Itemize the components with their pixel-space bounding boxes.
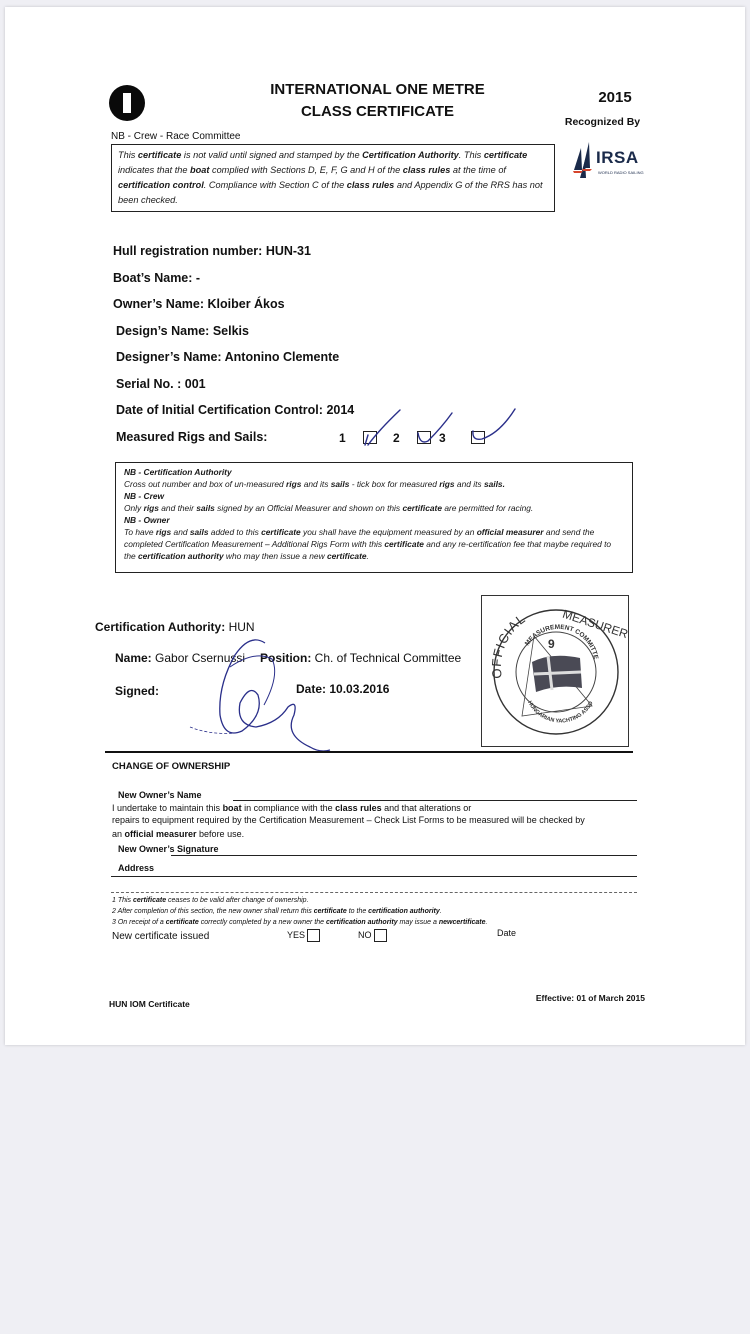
initial-certification-date-value: 2014: [326, 403, 354, 417]
new-owner-signature-label: New Owner’s Signature: [118, 844, 219, 854]
ca-value: HUN: [229, 620, 255, 634]
owner-name-value: Kloiber Ákos: [208, 297, 285, 311]
irsa-logo-subtext: WORLD RADIO SAILING: [598, 170, 644, 175]
serial-number-value: 001: [185, 377, 206, 391]
nb-ca-text: Cross out number and box of un-measured …: [124, 478, 624, 490]
change-of-ownership-heading: CHANGE OF OWNERSHIP: [112, 761, 230, 772]
initial-certification-date-label: Date of Initial Certification Control:: [116, 403, 323, 417]
no-option[interactable]: NO: [358, 929, 387, 942]
serial-number-field: Serial No. : 001: [116, 377, 206, 391]
no-label: NO: [358, 930, 372, 940]
yes-label: YES: [287, 930, 305, 940]
new-owner-name-label: New Owner’s Name: [118, 790, 202, 800]
new-cert-date-label: Date: [497, 928, 516, 938]
nb-instructions-box: NB - Certification Authority Cross out n…: [115, 462, 633, 573]
design-name-value: Selkis: [213, 324, 249, 338]
footnote-1: 1 This certificate ceases to be valid af…: [112, 895, 642, 906]
hull-registration-label: Hull registration number:: [113, 244, 262, 258]
irsa-logo-text: IRSA: [596, 148, 639, 168]
sailboat-icon: [572, 142, 596, 180]
design-name-field: Design’s Name: Selkis: [116, 324, 249, 338]
certification-authority-field: Certification Authority: HUN: [95, 620, 255, 634]
measured-rigs-label: Measured Rigs and Sails:: [116, 430, 267, 444]
signed-label: Signed:: [115, 684, 159, 698]
nb-ca-heading: NB - Certification Authority: [124, 466, 624, 478]
no-checkbox[interactable]: [374, 929, 387, 942]
undertaking-text-3: an official measurer before use.: [112, 829, 244, 839]
iom-class-logo: [109, 85, 145, 121]
ownership-footnotes: 1 This certificate ceases to be valid af…: [112, 895, 642, 928]
footnote-3: 3 On receipt of a certificate correctly …: [112, 917, 642, 928]
title-line-2: CLASS CERTIFICATE: [205, 103, 550, 120]
boat-name-label: Boat’s Name:: [113, 271, 192, 285]
address-label: Address: [118, 863, 154, 873]
serial-number-label: Serial No. :: [116, 377, 181, 391]
owner-name-label: Owner’s Name:: [113, 297, 204, 311]
stamp-seal-icon: OFFICIAL MEASURER MEASUREMENT COMMITTEE …: [482, 596, 628, 746]
title-line-1: INTERNATIONAL ONE METRE: [205, 81, 550, 98]
validity-notice-box: This certificate is not valid until sign…: [111, 144, 555, 212]
handwritten-tick-marks: [360, 405, 520, 450]
boat-name-field: Boat’s Name: -: [113, 271, 200, 285]
nb-owner-text: To have rigs and sails added to this cer…: [124, 526, 624, 562]
nb-owner-heading: NB - Owner: [124, 514, 624, 526]
hull-registration-value: HUN-31: [266, 244, 311, 258]
new-owner-signature-line[interactable]: [171, 855, 637, 856]
authority-signature: [180, 635, 340, 755]
nb-crew-heading: NB - Crew: [124, 490, 624, 502]
certificate-year: 2015: [585, 89, 645, 106]
designer-name-value: Antonino Clemente: [225, 350, 340, 364]
undertaking-text-1: I undertake to maintain this boat in com…: [112, 803, 471, 813]
initial-certification-date-field: Date of Initial Certification Control: 2…: [116, 403, 354, 417]
designer-name-field: Designer’s Name: Antonino Clemente: [116, 350, 339, 364]
yes-option[interactable]: YES: [287, 929, 320, 942]
designer-name-label: Designer’s Name:: [116, 350, 222, 364]
new-owner-name-line[interactable]: [233, 800, 637, 801]
stamp-top-text: MEASURER: [561, 607, 630, 641]
stamp-number: 9: [548, 637, 555, 651]
certificate-page: INTERNATIONAL ONE METRE CLASS CERTIFICAT…: [5, 7, 745, 1045]
boat-name-value: -: [196, 271, 200, 285]
footer-document-name: HUN IOM Certificate: [109, 999, 190, 1009]
new-certificate-issued-label: New certificate issued: [112, 931, 209, 942]
authority-name-label: Name:: [115, 651, 152, 665]
footnote-2: 2 After completion of this section, the …: [112, 906, 642, 917]
address-line[interactable]: [111, 876, 637, 877]
iom-logo-bar-icon: [123, 93, 131, 113]
nb-crew-text: Only rigs and their sails signed by an O…: [124, 502, 624, 514]
owner-name-field: Owner’s Name: Kloiber Ákos: [113, 297, 285, 311]
hull-registration-field: Hull registration number: HUN-31: [113, 244, 311, 258]
undertaking-text-2: repairs to equipment required by the Cer…: [112, 815, 585, 825]
section-divider: [105, 751, 633, 753]
irsa-logo: IRSA WORLD RADIO SAILING: [572, 142, 647, 182]
yes-checkbox[interactable]: [307, 929, 320, 942]
recognized-by-label: Recognized By: [560, 116, 645, 128]
rig-1-number: 1: [339, 431, 346, 445]
nb-crew-race-committee: NB - Crew - Race Committee: [111, 131, 240, 142]
footer-effective-date: Effective: 01 of March 2015: [505, 993, 645, 1003]
official-measurer-stamp: OFFICIAL MEASURER MEASUREMENT COMMITTEE …: [481, 595, 629, 747]
design-name-label: Design’s Name:: [116, 324, 209, 338]
footnote-divider: [111, 892, 637, 893]
svg-text:OFFICIAL: OFFICIAL: [489, 611, 529, 680]
ca-label: Certification Authority:: [95, 620, 225, 634]
